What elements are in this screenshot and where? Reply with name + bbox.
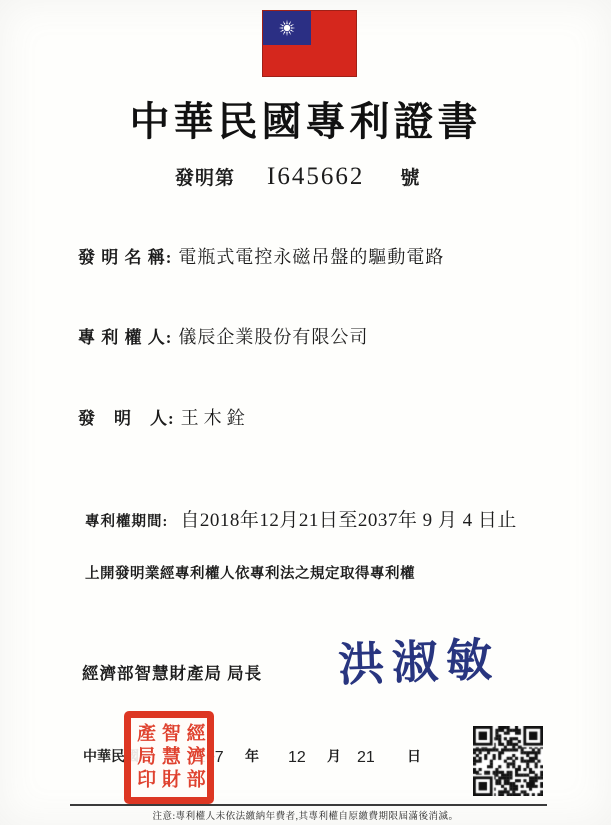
certificate-page: 中華民國專利證書 發明第 I645662 號 發 明 名 稱: 電瓶式電控永磁吊… [0, 0, 611, 825]
flag-canton [263, 11, 311, 45]
invention-name-value: 電瓶式電控永磁吊盤的驅動電路 [178, 243, 444, 269]
patent-number-suffix: 號 [400, 163, 419, 190]
seal-column: 智慧財 [157, 723, 181, 792]
date-month-unit: 月 [327, 748, 341, 768]
date-day-unit: 日 [407, 748, 421, 768]
seal-column: 經濟部 [182, 723, 206, 792]
patent-term-value: 自2018年12月21日至2037年 9 月 4 日止 [180, 505, 517, 532]
date-day: 21 [357, 748, 375, 768]
patent-number-line: 發明第 I645662 號 [175, 163, 419, 191]
director-signature: 洪淑敏 [337, 623, 501, 695]
inventor-label: 發 明 人: [78, 404, 175, 429]
footer-note: 注意:專利權人未依法繳納年費者,其專利權自原繳費期限屆滿後消滅。 [0, 808, 611, 822]
field-invention-name: 發 明 名 稱: 電瓶式電控永磁吊盤的驅動電路 [78, 243, 444, 269]
issue-date-line: 中華民國 107 年 12 月 21 日 [0, 748, 611, 768]
invention-name-label: 發 明 名 稱: [78, 243, 172, 268]
patentee-label: 專 利 權 人: [78, 323, 172, 348]
patent-number-prefix: 發明第 [175, 163, 235, 190]
certificate-title: 中華民國專利證書 [0, 90, 611, 147]
inventor-value: 王木銓 [181, 404, 250, 430]
date-month: 12 [288, 748, 306, 768]
field-inventor: 發 明 人: 王木銓 [78, 404, 250, 430]
patent-term-label: 專利權期間: [85, 510, 168, 531]
patentee-value: 儀辰企業股份有限公司 [178, 323, 368, 349]
date-year-unit: 年 [245, 748, 259, 768]
field-patent-term: 專利權期間: 自2018年12月21日至2037年 9 月 4 日止 [85, 505, 517, 532]
patent-number: I645662 [267, 163, 364, 191]
grant-statement: 上開發明業經專利權人依專利法之規定取得專利權 [85, 562, 415, 583]
seal-column: 產局印 [132, 723, 156, 792]
official-seal: 經濟部 智慧財 產局印 [124, 711, 214, 804]
field-patentee: 專 利 權 人: 儀辰企業股份有限公司 [78, 323, 368, 349]
sun-icon [274, 15, 300, 41]
footer-divider [70, 804, 547, 806]
official-seal-text: 經濟部 智慧財 產局印 [131, 723, 206, 792]
taiwan-flag [262, 10, 357, 77]
issuing-office: 經濟部智慧財產局 局長 [82, 660, 262, 684]
